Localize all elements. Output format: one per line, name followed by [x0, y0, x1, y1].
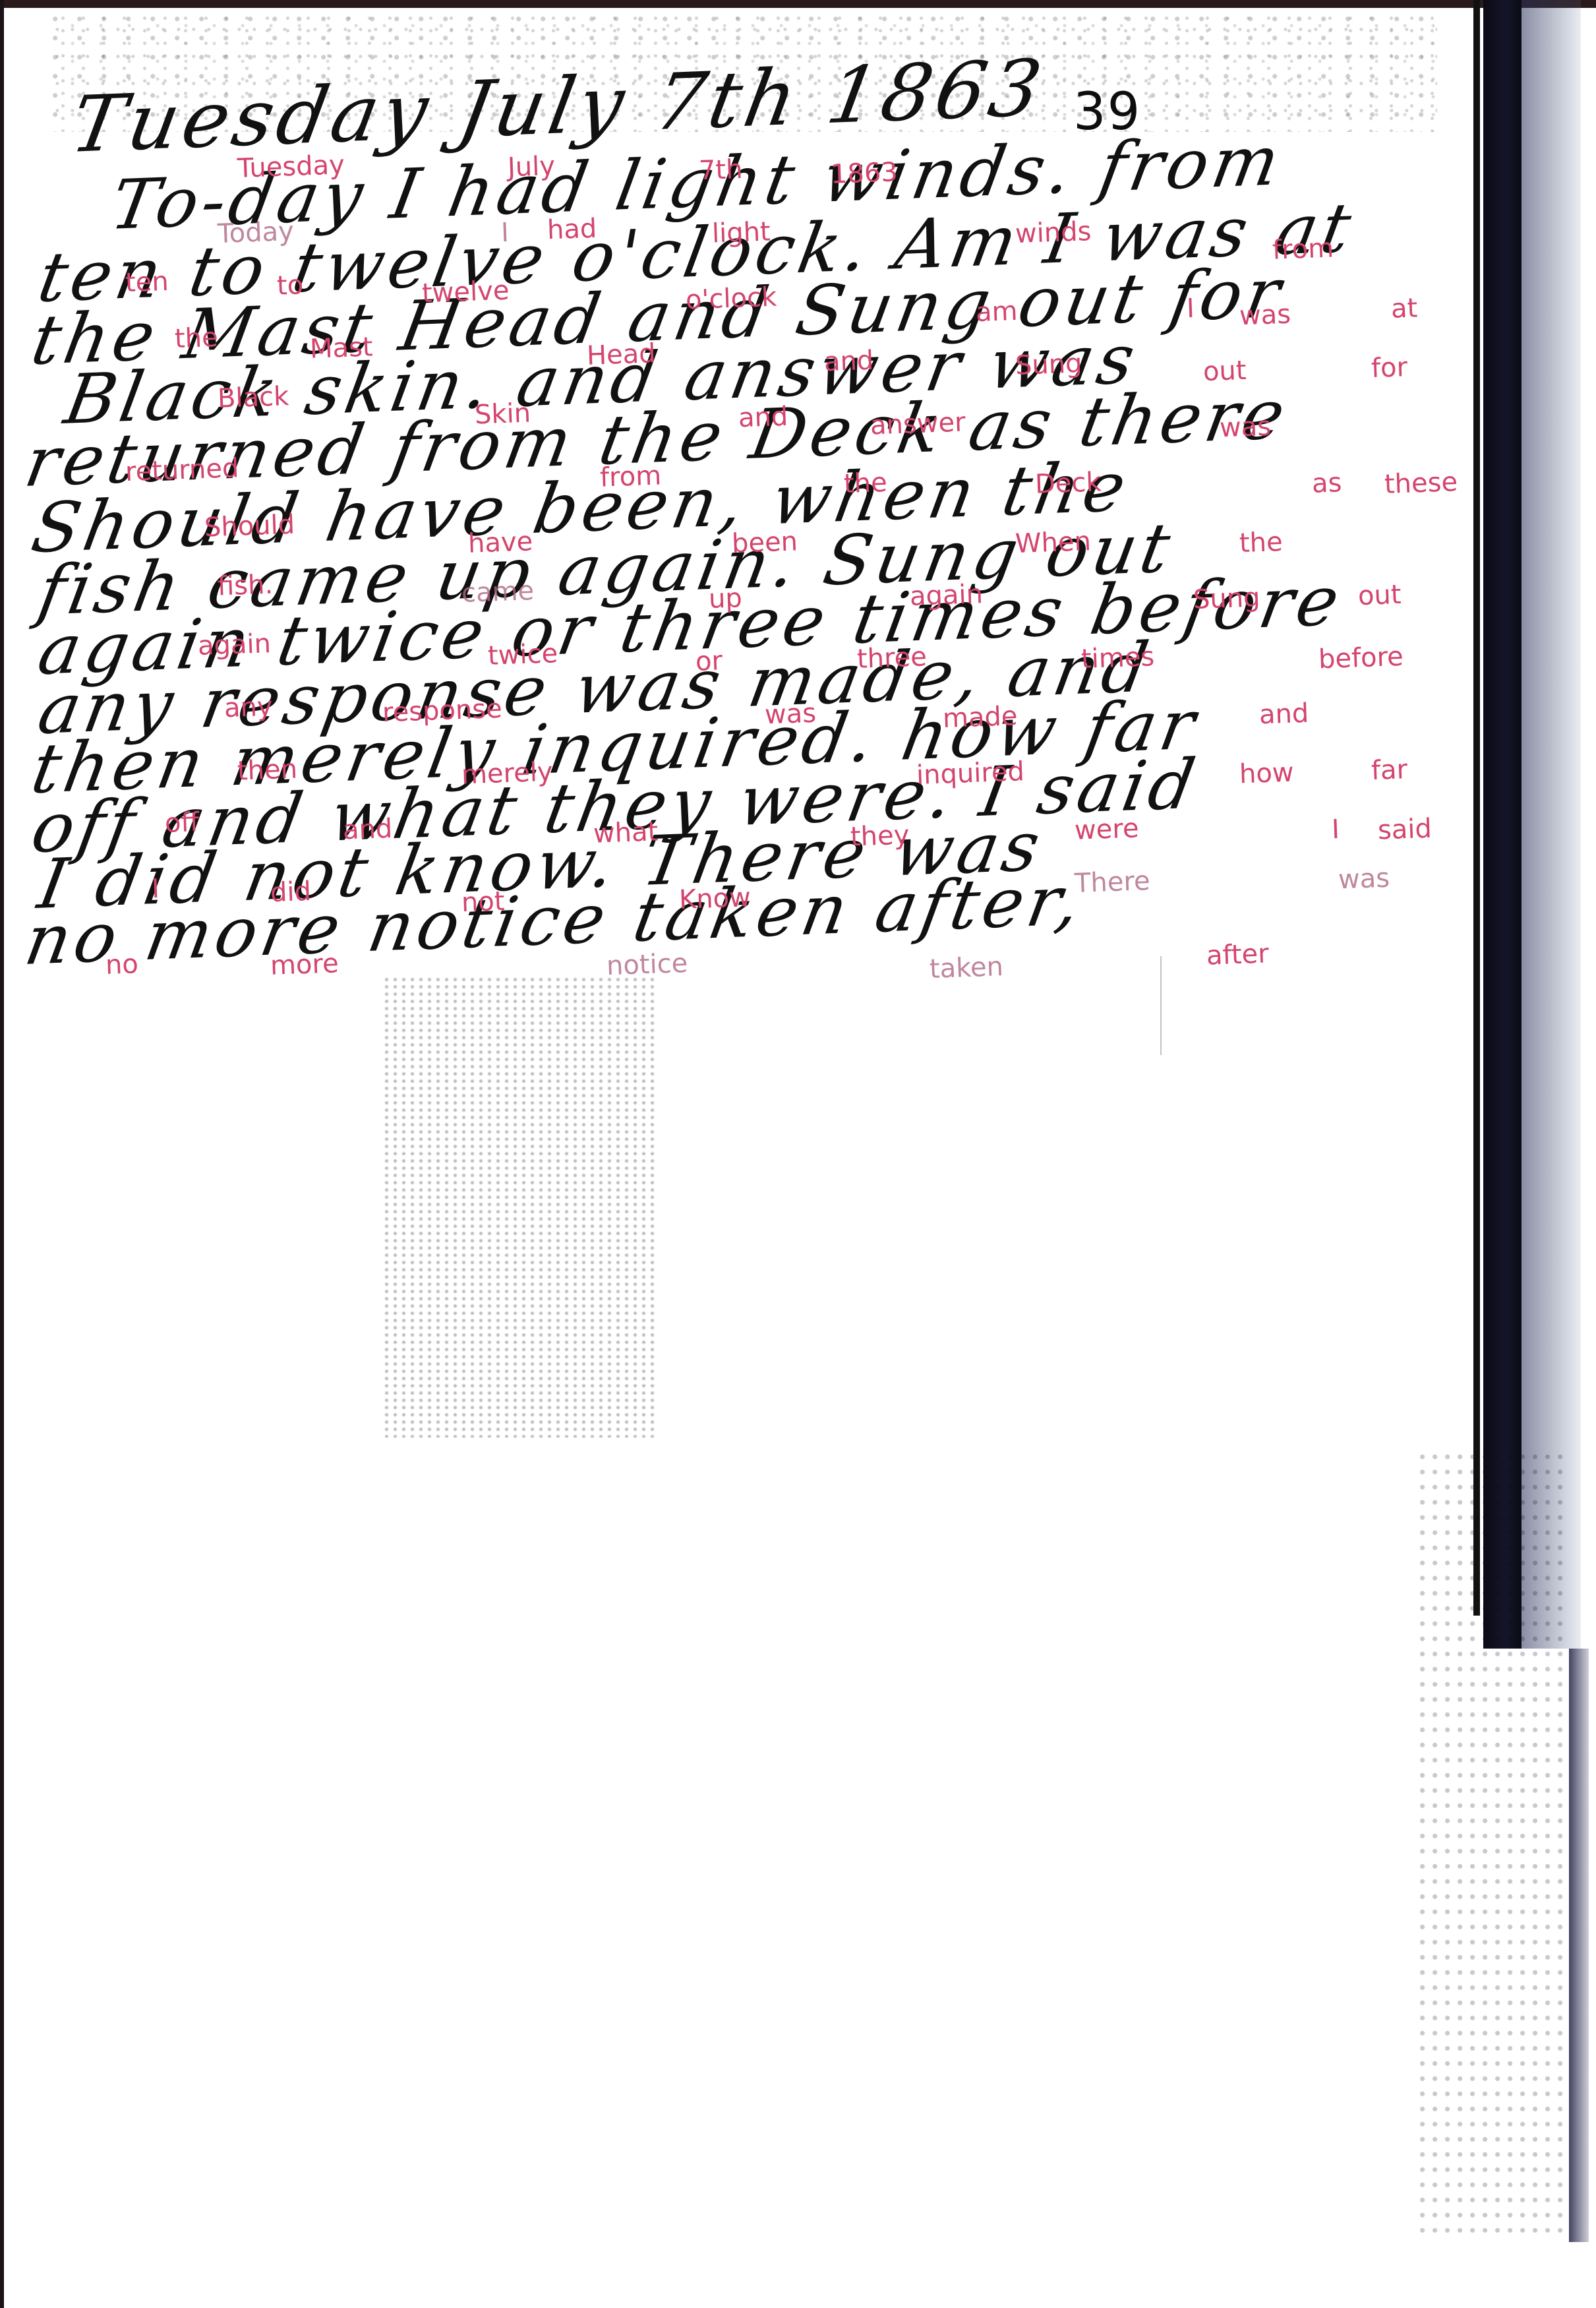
transcription-word: and — [823, 346, 874, 378]
transcription-word: returned — [125, 453, 239, 487]
binding-shadow — [1522, 0, 1581, 1649]
transcription-word: was — [764, 698, 817, 731]
transcription-word: came — [461, 576, 535, 609]
transcription-word: I — [1186, 293, 1195, 324]
transcription-word: times — [1080, 642, 1155, 675]
transcription-word: fish. — [217, 570, 274, 602]
transcription-word: response — [382, 694, 502, 728]
transcription-word: and — [342, 814, 393, 846]
transcription-word: any — [223, 692, 273, 724]
transcription-word: said — [1377, 814, 1432, 846]
transcription-word: Sung — [1193, 582, 1260, 615]
transcription-word: Black — [217, 381, 289, 414]
transcription-word: or — [695, 646, 723, 677]
transcription-word: as — [1311, 468, 1342, 499]
transcription-word: 7th — [698, 154, 743, 186]
paper-crease — [1160, 956, 1162, 1055]
transcription-word: am — [975, 296, 1018, 328]
transcription-word: was — [1219, 411, 1272, 444]
transcription-word: Know — [678, 882, 751, 915]
transcription-word: no — [105, 949, 138, 981]
transcription-word: for — [1371, 352, 1408, 384]
transcription-word: what — [593, 816, 659, 849]
transcription-word: made — [942, 701, 1018, 734]
transcription-word: and — [738, 402, 788, 434]
transcription-word: twice — [487, 638, 558, 671]
transcription-word: out — [1202, 355, 1247, 387]
transcription-word: to — [276, 270, 304, 301]
transcription-word: how — [1239, 758, 1294, 790]
transcription-word: the — [843, 468, 887, 499]
transcription-word: the — [174, 322, 218, 354]
transcription-word: have — [467, 526, 533, 559]
transcription-word: Deck — [1034, 467, 1102, 499]
transcription-word: was — [1338, 863, 1390, 896]
transcription-word: merely — [461, 757, 553, 791]
transcription-word: not — [461, 886, 505, 918]
transcription-word: been — [731, 526, 798, 559]
paper-stain — [1417, 1451, 1569, 2242]
transcription-word: winds — [1015, 216, 1092, 249]
transcription-word: Head — [586, 338, 656, 371]
transcription-word: again — [197, 628, 271, 661]
transcription-word: from — [1272, 233, 1334, 265]
scan-top-edge — [0, 0, 1596, 8]
transcription-word: ten — [125, 266, 169, 298]
transcription-word: then — [237, 754, 298, 786]
transcription-word: were — [1074, 813, 1139, 845]
transcription-word: was — [1239, 299, 1291, 332]
notebook-binding — [1483, 0, 1522, 1649]
transcription-word: up — [708, 583, 742, 615]
transcription-word: I — [500, 218, 509, 248]
paper-stain — [382, 976, 659, 1438]
page-border — [1473, 0, 1480, 1616]
transcription-word: did — [270, 876, 311, 908]
transcription-word: light — [711, 216, 771, 249]
transcription-word: had — [547, 214, 597, 246]
transcription-word: When — [1015, 526, 1091, 559]
transcription-word: more — [270, 948, 339, 981]
transcription-word: after — [1206, 938, 1269, 971]
transcription-word: notice — [606, 948, 688, 981]
transcription-word: Today — [217, 216, 294, 249]
transcription-word: twelve — [421, 276, 510, 309]
transcription-word: they — [850, 820, 910, 852]
transcription-word: out — [1357, 580, 1402, 611]
transcription-word: far — [1371, 754, 1408, 786]
transcription-word: Should — [204, 510, 295, 543]
transcription-word: Sung — [1015, 348, 1082, 381]
transcription-word: the — [1239, 527, 1283, 559]
diary-page: 39 Tuesday July 7th 1863 To-day I had li… — [0, 0, 1596, 2308]
transcription-word: from — [599, 460, 662, 493]
transcription-word: before — [1318, 642, 1404, 675]
transcription-word: at — [1390, 293, 1418, 324]
transcription-word: July — [507, 151, 555, 183]
transcription-word: inquired — [916, 756, 1024, 791]
transcription-word: There — [1074, 866, 1150, 899]
transcription-word: answer — [870, 407, 966, 440]
transcription-word: 1863 — [830, 157, 898, 190]
binding-shadow-lower — [1569, 1649, 1589, 2242]
scan-left-edge — [0, 0, 4, 2308]
transcription-word: Skin — [474, 398, 531, 431]
transcription-word: taken — [929, 952, 1003, 985]
transcription-word: Tuesday — [237, 150, 345, 184]
transcription-word: three — [856, 642, 927, 675]
transcription-word: I — [151, 874, 160, 904]
transcription-word: these — [1384, 467, 1458, 500]
transcription-word: o'clock — [685, 282, 777, 316]
transcription-word: and — [1258, 698, 1309, 731]
transcription-word: off — [164, 807, 200, 839]
transcription-word: I — [1331, 814, 1340, 845]
transcription-word: again — [909, 579, 983, 612]
transcription-word: Mast — [309, 332, 373, 364]
